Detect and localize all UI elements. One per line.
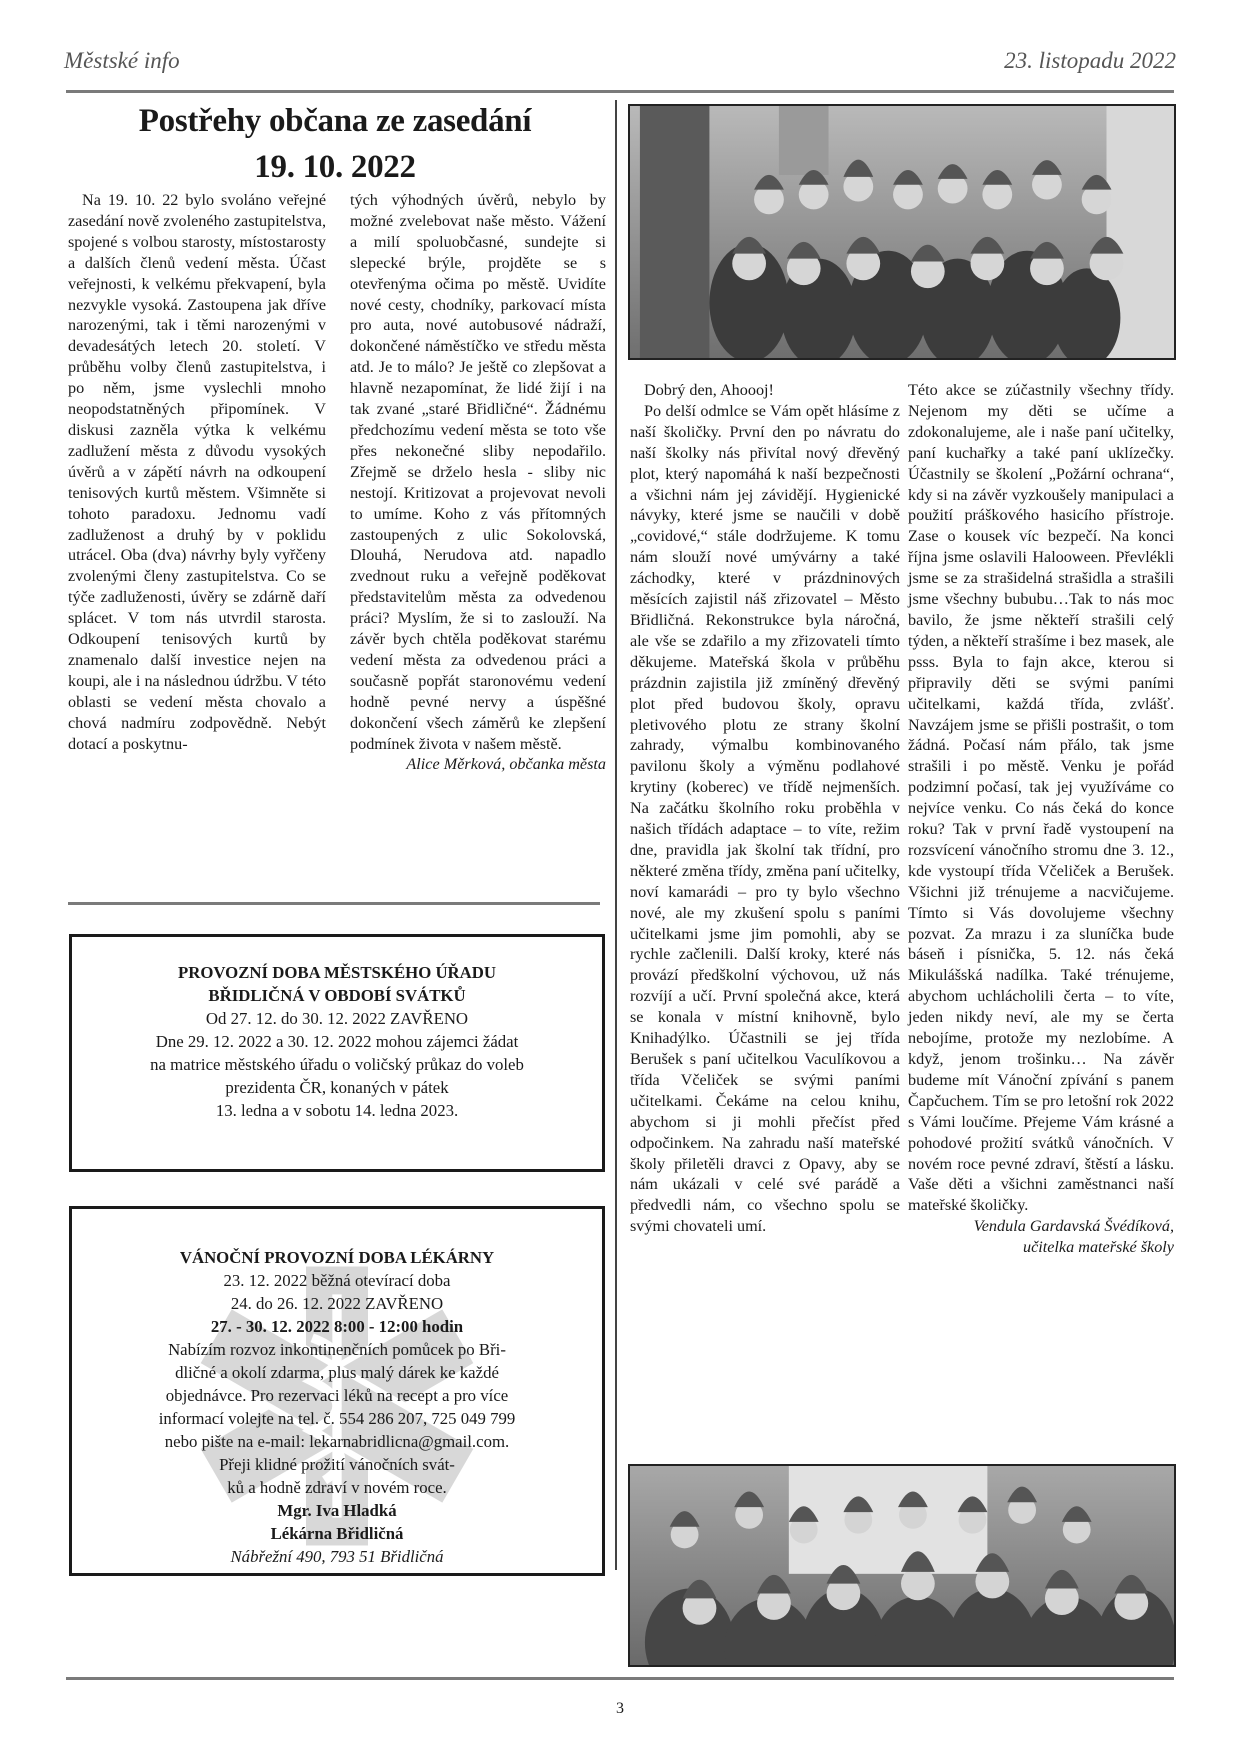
pharmacy-line-2: 24. do 26. 12. 2022 ZAVŘENO	[72, 1292, 602, 1315]
article2-column-1: Dobrý den, Ahoooj! Po delší odmlce se Vá…	[630, 380, 900, 1237]
article2-text-d: Této akce se zúčastnily všechny třídy. N…	[908, 380, 1174, 1216]
footer-rule	[66, 1677, 1174, 1680]
kindergarten-photo-top	[628, 104, 1176, 360]
article-title-line1: Postřehy občana ze zasedání	[64, 98, 606, 144]
pharmacy-body-1: Nabízím rozvoz inkontinenčních pomůcek p…	[72, 1338, 602, 1361]
article2-signature-1: Vendula Gardavská Švédíková,	[908, 1216, 1174, 1237]
article-title-line2: 19. 10. 2022	[64, 144, 606, 190]
pharmacy-phone: tel.: 725 049 799, 554 286 207	[72, 1568, 602, 1576]
article1-column-2: tých výhodných úvěrů, nebylo by možné zv…	[350, 190, 606, 775]
article1-text-a: Na 19. 10. 22 bylo svoláno veřejné zased…	[68, 190, 326, 754]
column-divider	[615, 100, 617, 1570]
pharmacy-name: Lékárna Břidličná	[72, 1522, 602, 1545]
article1-signature: Alice Měrková, občanka města	[350, 754, 606, 775]
office-notice-line-1: Od 27. 12. do 30. 12. 2022 ZAVŘENO	[72, 1007, 602, 1030]
pharmacy-line-1: 23. 12. 2022 běžná otevírací doba	[72, 1269, 602, 1292]
office-notice-title-2: BŘIDLIČNÁ V OBDOBÍ SVÁTKŮ	[72, 984, 602, 1007]
office-notice-line-2: Dne 29. 12. 2022 a 30. 12. 2022 mohou zá…	[72, 1030, 602, 1053]
page-number: 3	[0, 1700, 1240, 1718]
article1-text-b: tých výhodných úvěrů, nebylo by možné zv…	[350, 190, 606, 754]
pharmacy-body-4: informací volejte na tel. č. 554 286 207…	[72, 1407, 602, 1430]
pharmacy-body-6: Přeji klidné prožití vánočních svát-	[72, 1453, 602, 1476]
article1-column-1: Na 19. 10. 22 bylo svoláno veřejné zased…	[68, 190, 326, 754]
article-title: Postřehy občana ze zasedání 19. 10. 2022	[64, 98, 606, 190]
article2-signature-2: učitelka mateřské školy	[908, 1237, 1174, 1258]
pharmacy-address: Nábřežní 490, 793 51 Břidličná	[72, 1545, 602, 1568]
kindergarten-photo-bottom	[628, 1464, 1176, 1667]
office-notice-title-1: PROVOZNÍ DOBA MĚSTSKÉHO ÚŘADU	[72, 961, 602, 984]
group-photo-image	[630, 1466, 1174, 1665]
section-rule	[68, 902, 600, 905]
pharmacy-line-3: 27. - 30. 12. 2022 8:00 - 12:00 hodin	[72, 1315, 602, 1338]
article2-greeting: Dobrý den, Ahoooj!	[630, 380, 900, 401]
pharmacist-name: Mgr. Iva Hladká	[72, 1499, 602, 1522]
article2-column-2: Této akce se zúčastnily všechny třídy. N…	[908, 380, 1174, 1258]
issue-date: 23. listopadu 2022	[1004, 48, 1176, 74]
group-photo-image	[630, 106, 1174, 358]
pharmacy-body-7: ků a hodně zdraví v novém roce.	[72, 1476, 602, 1499]
pharmacy-body-3: objednávce. Pro rezervaci léků na recept…	[72, 1384, 602, 1407]
page-header: Městské info 23. listopadu 2022	[64, 48, 1176, 88]
pharmacy-body-2: dličné a okolí zdarma, plus malý dárek k…	[72, 1361, 602, 1384]
pharmacy-hours-notice: VÁNOČNÍ PROVOZNÍ DOBA LÉKÁRNY 23. 12. 20…	[69, 1206, 605, 1576]
office-notice-line-4: prezidenta ČR, konaných v pátek	[72, 1076, 602, 1099]
publication-name: Městské info	[64, 48, 180, 74]
office-hours-notice: PROVOZNÍ DOBA MĚSTSKÉHO ÚŘADU BŘIDLIČNÁ …	[69, 934, 605, 1172]
article2-text-c: Po delší odmlce se Vám opět hlásíme z na…	[630, 401, 900, 1237]
office-notice-line-3: na matrice městského úřadu o voličský pr…	[72, 1053, 602, 1076]
pharmacy-body-5: nebo pište na e-mail: lekarnabridlicna@g…	[72, 1430, 602, 1453]
office-notice-line-5: 13. ledna a v sobotu 14. ledna 2023.	[72, 1099, 602, 1122]
pharmacy-notice-title: VÁNOČNÍ PROVOZNÍ DOBA LÉKÁRNY	[72, 1246, 602, 1269]
header-rule	[66, 90, 1174, 93]
